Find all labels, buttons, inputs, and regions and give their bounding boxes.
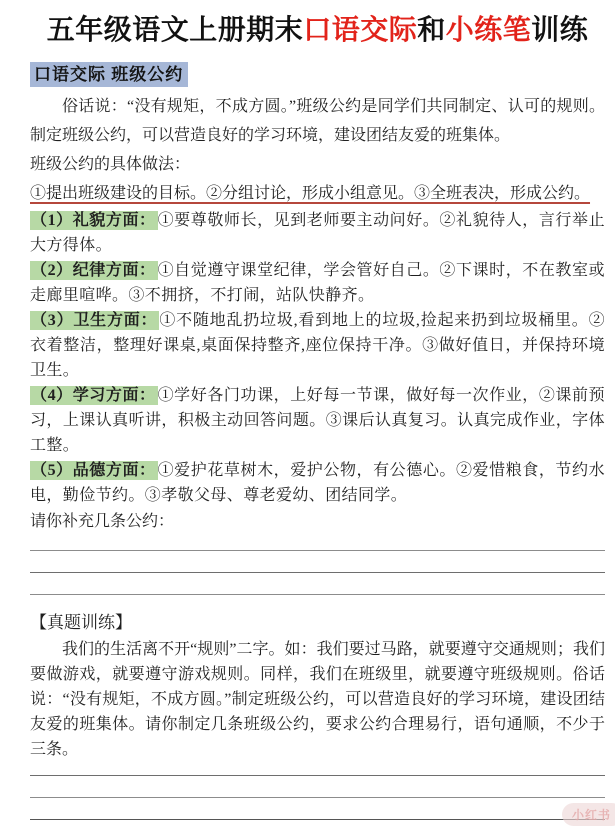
supplement-prompt: 请你补充几条公约： [30, 508, 605, 535]
answer-line [30, 573, 605, 595]
steps-line-underlined: ①提出班级建设的目标。②分组讨论，形成小组意见。③全班表决，形成公约。 [30, 179, 605, 208]
rule-item-discipline: （2）纪律方面：①自觉遵守课堂纪律，学会管好自己。②下课时，不在教室或走廊里喧哗… [30, 258, 605, 308]
watermark-text: 小红书 [572, 808, 611, 822]
rules-list: （1）礼貌方面：①要尊敬师长，见到老师要主动问好。②礼貌待人，言行举止大方得体。… [30, 208, 605, 508]
rule-label: （2）纪律方面： [30, 261, 158, 280]
answer-line [30, 535, 605, 551]
watermark-badge: 小红书 [562, 803, 615, 826]
rule-label: （1）礼貌方面： [30, 211, 158, 230]
exam-paragraph: 我们的生活离不开“规则”二字。如：我们要过马路，就要遵守交通规则；我们要做游戏，… [30, 637, 605, 762]
rule-item-hygiene: （3）卫生方面：①不随地乱扔垃圾,看到地上的垃圾,捡起来扔到垃圾桶里。②衣着整洁… [30, 308, 605, 383]
answer-line [30, 798, 605, 820]
title-segment: 和 [417, 14, 446, 45]
exam-heading: 【真题训练】 [30, 609, 605, 637]
steps-heading: 班级公约的具体做法： [30, 150, 605, 179]
page-title: 五年级语文上册期末口语交际和小练笔训练 [30, 12, 605, 48]
title-segment: 五年级语文上册期末 [47, 14, 304, 45]
answer-line [30, 551, 605, 573]
rule-label: （4）学习方面： [30, 386, 158, 405]
section-tag: 口语交际 班级公约 [30, 62, 188, 87]
answer-line [30, 762, 605, 776]
rule-item-manners: （1）礼貌方面：①要尊敬师长，见到老师要主动问好。②礼貌待人，言行举止大方得体。 [30, 208, 605, 258]
title-segment-highlight: 小练笔 [446, 14, 532, 45]
intro-paragraph: 俗话说：“没有规矩，不成方圆。”班级公约是同学们共同制定、认可的规则。制定班级公… [30, 92, 605, 150]
rule-item-study: （4）学习方面：①学好各门功课，上好每一节课，做好每一次作业，②课前预习，上课认… [30, 383, 605, 458]
worksheet-page: 五年级语文上册期末口语交际和小练笔训练 口语交际 班级公约 俗话说：“没有规矩，… [0, 0, 615, 820]
rule-label: （5）品德方面： [30, 461, 158, 480]
answer-line [30, 776, 605, 798]
answer-blanks-supplement [30, 535, 605, 595]
title-segment: 训练 [531, 14, 588, 45]
rule-label: （3）卫生方面： [30, 311, 159, 330]
title-segment-highlight: 口语交际 [303, 14, 417, 45]
rule-item-virtue: （5）品德方面：①爱护花草树木，爱护公物，有公德心。②爱惜粮食，节约水电，勤俭节… [30, 458, 605, 508]
answer-blanks-exam [30, 762, 605, 820]
